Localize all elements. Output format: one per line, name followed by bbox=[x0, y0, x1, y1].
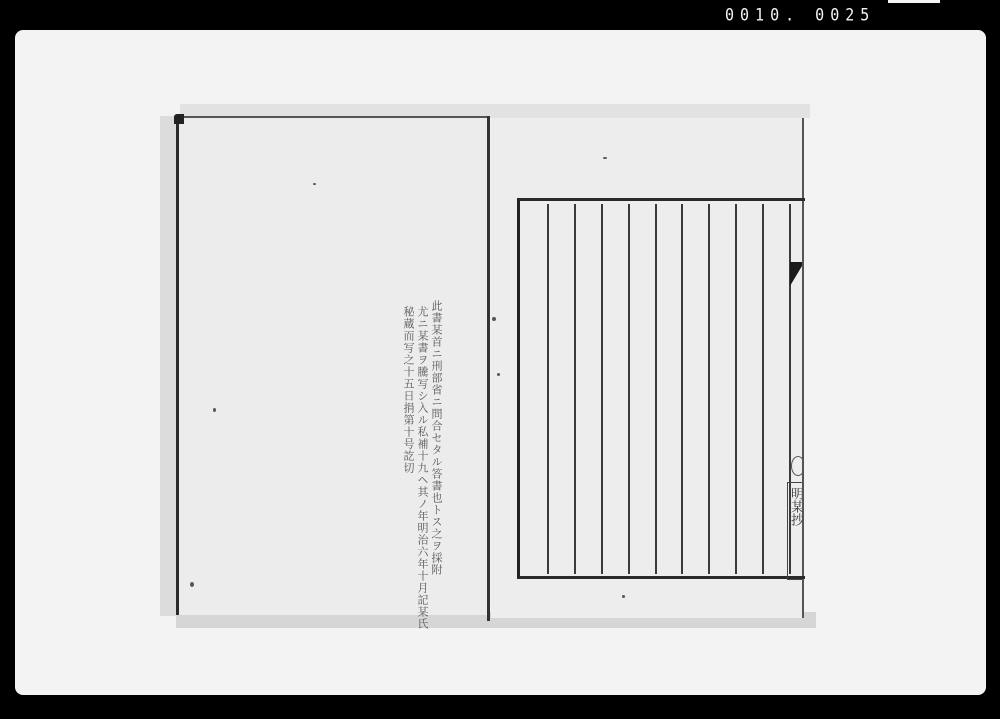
book-spine bbox=[487, 116, 490, 621]
annotation-line-3: 秘蔵而写之十五日捐第十号訖切 bbox=[402, 306, 415, 474]
ruled-line bbox=[708, 204, 710, 574]
ruled-line bbox=[628, 204, 630, 574]
paper-speck bbox=[497, 373, 500, 376]
ruled-line bbox=[574, 204, 576, 574]
ruled-line bbox=[681, 204, 683, 574]
ruled-line bbox=[762, 204, 764, 574]
frame-number: 0010. 0025 bbox=[725, 5, 875, 25]
circle-mark-icon bbox=[791, 456, 805, 476]
corner-ink-blot bbox=[174, 114, 184, 124]
annotation-line-2: 尤ニ某書ヲ騰写シ入ル私補十九ヘ其ノ年明治六年十月記某氏 bbox=[416, 306, 429, 630]
paper-speck bbox=[603, 157, 607, 159]
paper-speck bbox=[622, 595, 625, 598]
ruled-line bbox=[547, 204, 549, 574]
title-slip: 明某抄 bbox=[787, 482, 802, 580]
paper-speck bbox=[492, 317, 496, 321]
annotation-line-1: 此書某首ニ刑部省ニ問合セタル答書也トス之ヲ採附 bbox=[430, 300, 443, 576]
ruled-line bbox=[735, 204, 737, 574]
fishtail-mark-icon bbox=[790, 262, 802, 286]
paper-speck bbox=[213, 408, 216, 412]
ruled-line bbox=[601, 204, 603, 574]
paper-speck bbox=[190, 582, 194, 587]
film-tab bbox=[888, 0, 940, 3]
ruled-line bbox=[655, 204, 657, 574]
paper-speck bbox=[313, 183, 316, 185]
